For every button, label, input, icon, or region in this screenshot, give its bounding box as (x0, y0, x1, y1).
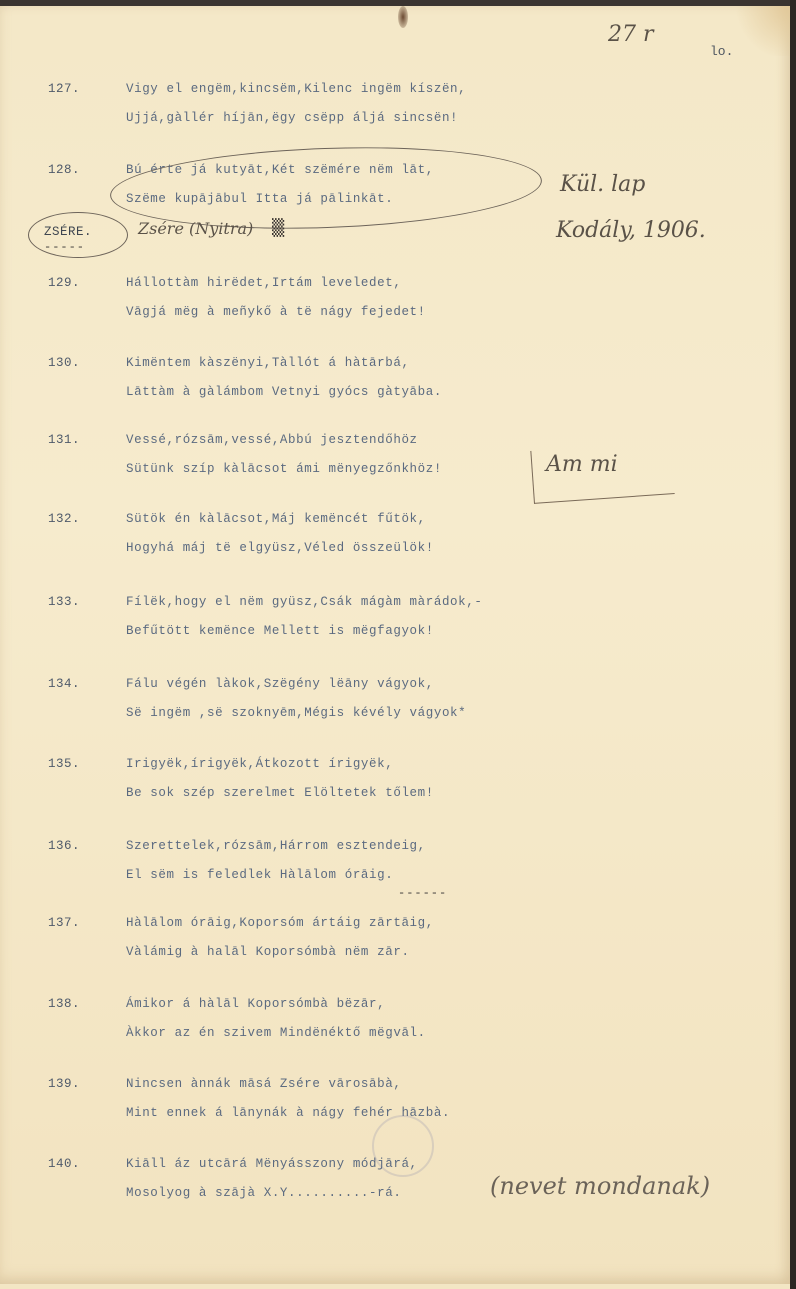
stanza-number: 128. (48, 163, 80, 177)
verse-line: Ujjá,gàllér híjān,ëgy csëpp áljá sincsën… (126, 111, 458, 125)
verse-line: Së ingëm ,së szoknyēm,Mégis kévély vágyo… (126, 706, 466, 720)
stanza-number: 138. (48, 997, 80, 1011)
verse-line: Sütök én kàlācsot,Máj kemëncét fűtök, (126, 512, 426, 526)
verse-line: Fílëk,hogy el nëm gyüsz,Csák mágàm màrád… (126, 595, 482, 609)
verse-line: Kimëntem kàszënyi,Tàllót á hàtārbá, (126, 356, 410, 370)
scan-border-right (790, 0, 796, 1289)
verse-line: Àkkor az én szivem Mindënéktő mëgvāl. (126, 1026, 426, 1040)
verse-line: Nincsen ànnák māsá Zsére vārosābà, (126, 1077, 401, 1091)
handwritten-place: Zsére (Nyitra) (138, 219, 253, 238)
stanza-number: 134. (48, 677, 80, 691)
verse-line: Vāgjá mëg à meñykő à të nágy fejedet! (126, 305, 426, 319)
ammi-note: Am mi (546, 452, 618, 477)
verse-line: Ámikor á hàlāl Koporsómbà bëzār, (126, 997, 385, 1011)
verse-line: El sëm is feledlek Hàlālom órāig. (126, 868, 393, 882)
verse-line: Kiāll áz utcārá Mënyásszony módjārá, (126, 1157, 418, 1171)
stanza-number: 135. (48, 757, 80, 771)
verse-line: Irigyëk,írigyëk,Átkozott írigyëk, (126, 757, 393, 771)
pencil-folio-number: 27 r (608, 22, 654, 47)
underline-dashes: ----- (44, 240, 85, 254)
underline-dashes: ------ (398, 886, 447, 900)
stanza-number: 139. (48, 1077, 80, 1091)
stanza-number: 137. (48, 916, 80, 930)
verse-line: Szerettelek,rózsām,Hárrom esztendeig, (126, 839, 426, 853)
nevet-mondanak-note: (nevet mondanak) (490, 1172, 710, 1200)
stanza-number: 136. (48, 839, 80, 853)
kodaly-date-note: Kodály, 1906. (556, 218, 706, 243)
corner-stain (730, 6, 790, 56)
punch-hole-mark (398, 6, 408, 28)
verse-line: Hogyhá máj të elgyüsz,Véled összeülök! (126, 541, 434, 555)
verse-line: Lāttàm à gàlámbom Vetnyi gyócs gàtyāba. (126, 385, 442, 399)
verse-line: Be sok szép szerelmet Elöltetek tőlem! (126, 786, 434, 800)
stanza-number: 129. (48, 276, 80, 290)
stanza-number: 130. (48, 356, 80, 370)
place-label: ZSÉRE. (44, 225, 92, 239)
verse-line: Mosolyog à szājà X.Y..........-rá. (126, 1186, 401, 1200)
verse-line: Vessé,rózsām,vessé,Abbú jesztendőhöz (126, 433, 418, 447)
verse-line: Hàlālom órāig,Koporsóm ártáig zārtāig, (126, 916, 434, 930)
verse-line: Befűtött kemënce Mellett is mëgfagyok! (126, 624, 434, 638)
verse-line: Hállottàm hirëdet,Irtám leveledet, (126, 276, 401, 290)
verse-line: Vigy el engëm,kincsëm,Kilenc ingëm kíszë… (126, 82, 466, 96)
scribble-mark: ▒ (272, 218, 284, 237)
stanza-number: 140. (48, 1157, 80, 1171)
verse-line: Vàlámig à halāl Koporsómbà nëm zār. (126, 945, 410, 959)
verse-line: Fálu végén làkok,Szëgény lëāny vágyok, (126, 677, 434, 691)
verse-line: Sütünk szíp kàlācsot ámi mënyegzőnkhöz! (126, 462, 442, 476)
kul-lap-note: Kül. lap (560, 172, 645, 197)
stanza-number: 133. (48, 595, 80, 609)
stanza-number: 127. (48, 82, 80, 96)
stanza-number: 131. (48, 433, 80, 447)
stanza-number: 132. (48, 512, 80, 526)
typed-page-number: lo. (710, 44, 733, 59)
verse-line: Mint ennek á lānynák à nágy fehér hāzbà. (126, 1106, 450, 1120)
